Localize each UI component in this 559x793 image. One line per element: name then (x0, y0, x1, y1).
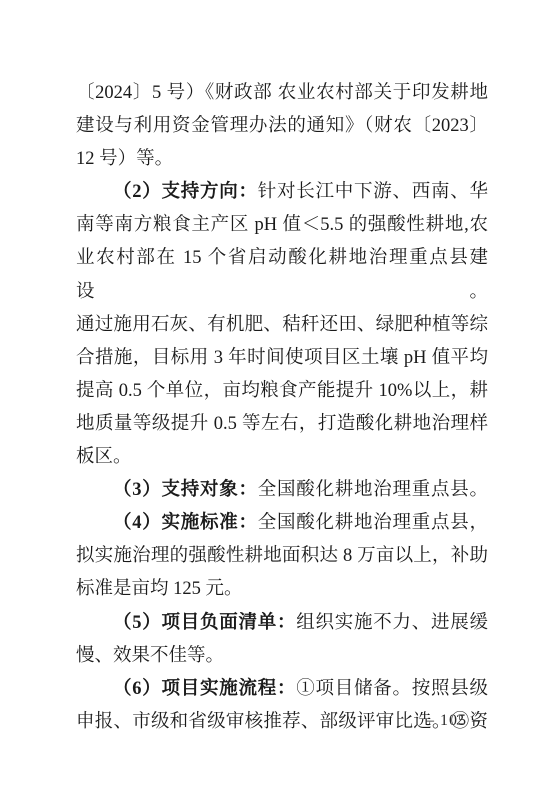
line-text: 业农村部在 15 个省启动酸化耕地治理重点县建设。 (76, 248, 488, 301)
line-bold-text: （4）实施标准： (113, 513, 258, 533)
line-bold-text: （2）支持方向： (113, 182, 258, 202)
text-line: 地质量等级提升 0.5 等左右，打造酸化耕地治理样 (76, 408, 488, 441)
line-text: 12 号）等。 (76, 149, 173, 169)
line-text: 拟实施治理的强酸性耕地面积达 8 万亩以上，补助 (76, 546, 488, 566)
text-line: 业农村部在 15 个省启动酸化耕地治理重点县建设。 (76, 242, 488, 308)
text-line: 合措施，目标用 3 年时间使项目区土壤 pH 值平均 (76, 342, 488, 375)
page-number: – 105 – (426, 712, 481, 730)
text-line: 标准是亩均 125 元。 (76, 573, 488, 606)
line-bold-text: （3）支持对象： (113, 480, 258, 500)
text-line: 通过施用石灰、有机肥、秸秆还田、绿肥种植等综 (76, 309, 488, 342)
text-line: 慢、效果不佳等。 (76, 640, 488, 673)
body-text: 〔2024〕5 号）《财政部 农业农村部关于印发耕地 建设与利用资金管理办法的通… (76, 77, 488, 739)
text-line: 提高 0.5 个单位，亩均粮食产能提升 10%以上，耕 (76, 375, 488, 408)
line-bold-text: （5）项目负面清单： (113, 613, 296, 633)
line-text: 针对长江中下游、西南、华 (258, 182, 488, 202)
line-text: ①项目储备。按照县级 (296, 679, 488, 699)
text-line: 建设与利用资金管理办法的通知》（财农〔2023〕 (76, 110, 488, 143)
line-text: 板区。 (76, 447, 132, 467)
document-page: 〔2024〕5 号）《财政部 农业农村部关于印发耕地 建设与利用资金管理办法的通… (0, 0, 559, 793)
text-line: （6）项目实施流程：①项目储备。按照县级 (76, 673, 488, 706)
line-text: 标准是亩均 125 元。 (76, 579, 243, 599)
line-text: 通过施用石灰、有机肥、秸秆还田、绿肥种植等综 (76, 315, 488, 335)
line-text: 南等南方粮食主产区 pH 值＜5.5 的强酸性耕地,农 (76, 215, 488, 235)
line-text: 建设与利用资金管理办法的通知》（财农〔2023〕 (76, 116, 488, 136)
text-line: 南等南方粮食主产区 pH 值＜5.5 的强酸性耕地,农 (76, 209, 488, 242)
line-text: 提高 0.5 个单位，亩均粮食产能提升 10%以上，耕 (76, 381, 488, 401)
text-line: 〔2024〕5 号）《财政部 农业农村部关于印发耕地 (76, 77, 488, 110)
line-text: 地质量等级提升 0.5 等左右，打造酸化耕地治理样 (76, 414, 488, 434)
line-text: 〔2024〕5 号）《财政部 农业农村部关于印发耕地 (76, 83, 488, 103)
text-line: 12 号）等。 (76, 143, 488, 176)
line-text: 组织实施不力、进展缓 (296, 613, 488, 633)
line-text: 慢、效果不佳等。 (76, 646, 224, 666)
text-line: 拟实施治理的强酸性耕地面积达 8 万亩以上，补助 (76, 540, 488, 573)
text-line: （4）实施标准：全国酸化耕地治理重点县， (76, 507, 488, 540)
line-text: 全国酸化耕地治理重点县。 (258, 480, 488, 500)
line-text: 全国酸化耕地治理重点县， (258, 513, 488, 533)
line-text: 合措施，目标用 3 年时间使项目区土壤 pH 值平均 (76, 348, 488, 368)
line-bold-text: （6）项目实施流程： (113, 679, 296, 699)
text-line: 板区。 (76, 441, 488, 474)
text-line: （5）项目负面清单：组织实施不力、进展缓 (76, 607, 488, 640)
text-line: （2）支持方向：针对长江中下游、西南、华 (76, 176, 488, 209)
text-line: （3）支持对象：全国酸化耕地治理重点县。 (76, 474, 488, 507)
